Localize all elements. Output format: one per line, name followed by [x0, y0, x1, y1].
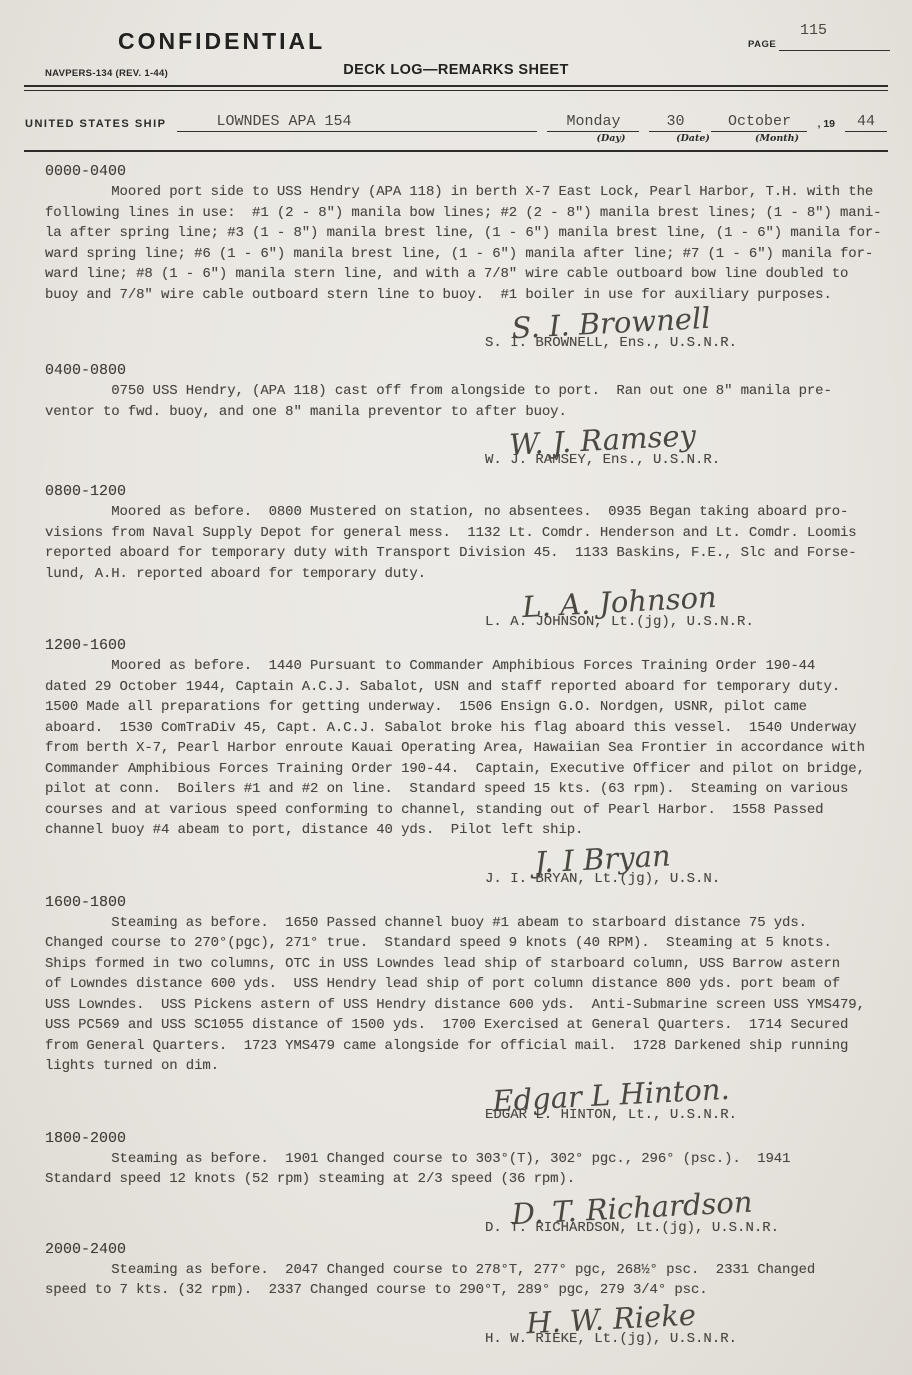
signature-block: W. J. Ramsey W. J. RAMSEY, Ens., U.S.N.R…: [485, 424, 720, 469]
entry-time-range: 1600-1800: [45, 892, 887, 913]
entry-time-range: 1200-1600: [45, 635, 887, 656]
form-header: CONFIDENTIAL 115 PAGE NAVPERS-134 (REV. …: [0, 0, 912, 150]
page-number-box: 115 PAGE: [748, 22, 890, 51]
log-entry: 0800-1200 Moored as before. 0800 Mustere…: [45, 481, 887, 631]
signature-block: Edgar L Hinton. EDGAR L. HINTON, Lt., U.…: [485, 1079, 737, 1124]
deck-log-page: CONFIDENTIAL 115 PAGE NAVPERS-134 (REV. …: [0, 0, 912, 1375]
log-entry: 1200-1600 Moored as before. 1440 Pursuan…: [45, 635, 887, 888]
entry-time-range: 0000-0400: [45, 161, 887, 182]
ship-label: UNITED STATES SHIP: [25, 118, 167, 132]
entry-remarks-text: Moored as before. 1440 Pursuant to Comma…: [45, 656, 887, 841]
signature-block: J. I Bryan J. I. BRYAN, Lt.(jg), U.S.N.: [485, 843, 720, 888]
form-number: NAVPERS-134 (REV. 1-44): [45, 68, 168, 79]
entry-time-range: 2000-2400: [45, 1239, 887, 1260]
signature-block: L. A. Johnson L. A. JOHNSON, Lt.(jg), U.…: [485, 586, 754, 631]
page-number: 115: [748, 22, 890, 39]
log-entries: 0000-0400 Moored port side to USS Hendry…: [0, 161, 912, 1348]
entry-remarks-text: Moored port side to USS Hendry (APA 118)…: [45, 182, 887, 305]
log-entry: 2000-2400 Steaming as before. 2047 Chang…: [45, 1239, 887, 1348]
entry-time-range: 0800-1200: [45, 481, 887, 502]
log-entry: 0400-0800 0750 USS Hendry, (APA 118) cas…: [45, 360, 887, 469]
header-title-row: NAVPERS-134 (REV. 1-44) DECK LOG—REMARKS…: [0, 62, 912, 80]
signature-block: S. I. Brownell S. I. BROWNELL, Ens., U.S…: [485, 307, 737, 352]
entry-time-range: 1800-2000: [45, 1128, 887, 1149]
header-top-row: CONFIDENTIAL 115 PAGE: [0, 0, 912, 62]
log-entry: 1800-2000 Steaming as before. 1901 Chang…: [45, 1128, 887, 1237]
entry-remarks-text: Steaming as before. 2047 Changed course …: [45, 1260, 887, 1301]
year-prefix-label: , 19: [817, 118, 835, 132]
date-caption: (Date): [667, 133, 719, 144]
entry-time-range: 0400-0800: [45, 360, 887, 381]
date-field: 30: [649, 113, 701, 132]
date-field-labels: (Day) (Date) (Month): [25, 133, 887, 144]
entry-remarks-text: 0750 USS Hendry, (APA 118) cast off from…: [45, 381, 887, 422]
page-underline: [779, 40, 890, 51]
month-caption: (Month): [729, 133, 825, 144]
signature-block: D. T. Richardson D. T. RICHARDSON, Lt.(j…: [485, 1192, 779, 1237]
day-caption: (Day): [565, 133, 657, 144]
entry-remarks-text: Steaming as before. 1650 Passed channel …: [45, 913, 887, 1077]
entry-remarks-text: Moored as before. 0800 Mustered on stati…: [45, 502, 887, 584]
double-rule: [24, 85, 888, 91]
page-field: PAGE: [748, 39, 890, 51]
page-label: PAGE: [748, 39, 776, 51]
entry-remarks-text: Steaming as before. 1901 Changed course …: [45, 1149, 887, 1190]
log-entry: 1600-1800 Steaming as before. 1650 Passe…: [45, 892, 887, 1124]
signature-block: H. W. Rieke H. W. RIEKE, Lt.(jg), U.S.N.…: [485, 1303, 737, 1348]
ship-name-field: LOWNDES APA 154: [177, 113, 538, 132]
header-rule: [24, 150, 888, 152]
log-entry: 0000-0400 Moored port side to USS Hendry…: [45, 161, 887, 352]
classification-stamp: CONFIDENTIAL: [118, 28, 325, 55]
day-field: Monday: [547, 113, 639, 132]
year-field: 44: [845, 113, 887, 132]
month-field: October: [711, 113, 807, 132]
ship-and-date-row: UNITED STATES SHIP LOWNDES APA 154 Monda…: [25, 113, 887, 132]
